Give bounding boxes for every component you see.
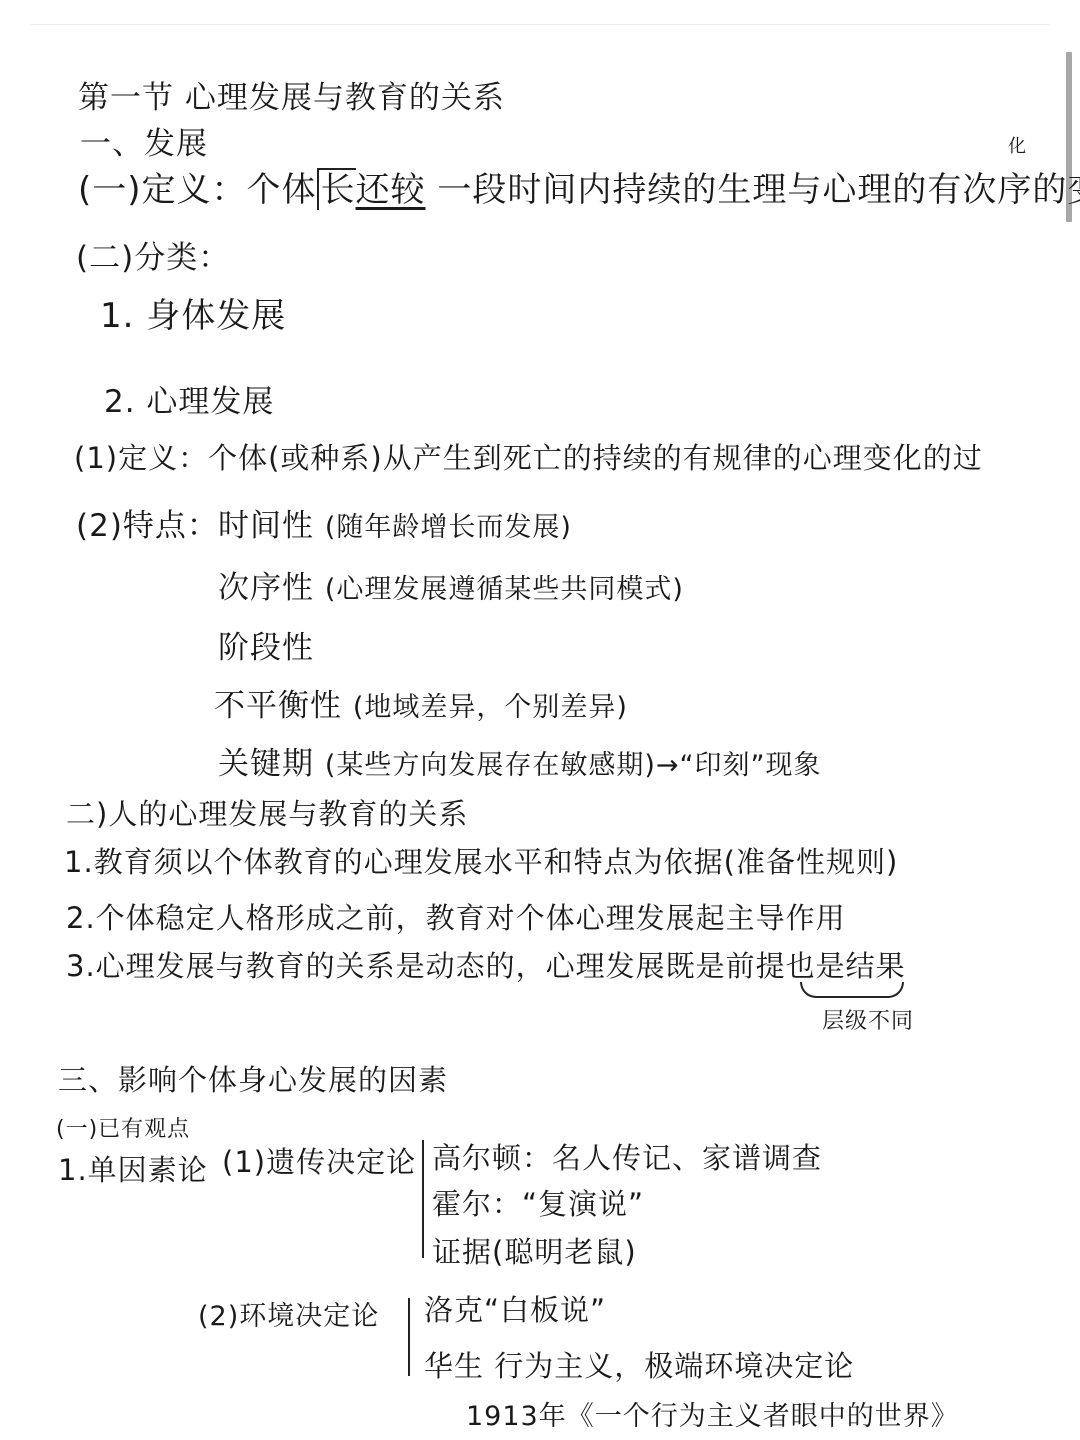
feature-name: 关键期	[218, 746, 314, 782]
classification-item: 1. 身体发展	[100, 288, 286, 337]
relation-item: 2.个体稳定人格形成之前，教育对个体心理发展起主导作用	[66, 896, 846, 937]
feature-name: 阶段性	[218, 630, 314, 666]
margin-annotation: 层级不同	[822, 1004, 914, 1035]
relation-item: 1.教育须以个体教育的心理发展水平和特点为依据(准备性规则)	[64, 840, 898, 881]
feature-note: (随年龄增长而发展)	[325, 512, 572, 543]
relation-item: 3.心理发展与教育的关系是动态的，心理发展既是前提也是结果	[66, 944, 906, 985]
superscript-correction: 化	[1008, 132, 1026, 158]
features-label: (2)特点：	[76, 500, 219, 545]
feature-note: (某些方向发展存在敏感期)→“印刻”现象	[325, 750, 822, 781]
section3-heading: 三、影响个体身心发展的因素	[58, 1058, 448, 1099]
heredity-item: 霍尔：“复演说”	[432, 1182, 644, 1223]
feature-name: 次序性	[218, 570, 314, 606]
single-factor-label: 1.单因素论	[58, 1148, 208, 1189]
classification-label: (二)分类：	[76, 232, 230, 277]
bracket-arrow-icon	[800, 982, 904, 998]
definition-label: (一)定义：	[78, 170, 247, 210]
viewer-top-divider	[30, 24, 1050, 25]
feature-note: (心理发展遵循某些共同模式)	[325, 574, 684, 605]
environment-item: 洛克“白板说”	[424, 1288, 606, 1329]
brace-icon	[408, 1298, 410, 1376]
definition-line: (一)定义：个体长还较 一段时间内持续的生理与心理的有次序的变	[78, 162, 1080, 211]
classification-item: 2. 心理发展	[104, 376, 274, 421]
definition-pre: 个体	[247, 170, 317, 210]
heredity-item: 高尔顿：名人传记、家谱调查	[432, 1136, 822, 1177]
page-title: 第一节 心理发展与教育的关系	[78, 72, 505, 117]
section2-heading: 二)人的心理发展与教育的关系	[66, 792, 468, 833]
environment-label: (2)环境决定论	[198, 1294, 379, 1333]
feature-item: 时间性 (随年龄增长而发展)	[218, 500, 572, 545]
brace-icon	[422, 1140, 424, 1258]
section3-subheading: (一)已有观点	[56, 1112, 190, 1143]
feature-item: 关键期 (某些方向发展存在敏感期)→“印刻”现象	[218, 738, 822, 783]
heredity-item: 证据(聪明老鼠)	[432, 1230, 637, 1271]
feature-name: 不平衡性	[214, 688, 342, 724]
feature-item: 阶段性	[218, 622, 314, 667]
environment-item: 华生 行为主义，极端环境决定论	[424, 1344, 854, 1385]
environment-item: 1913年《一个行为主义者眼中的世界》	[466, 1394, 959, 1433]
boxed-word: 长	[317, 168, 356, 210]
heredity-label: (1)遗传决定论	[222, 1140, 416, 1181]
underlined-word: 还较	[356, 170, 426, 210]
definition-rest: 一段时间内持续的生理与心理的有次序的变	[437, 170, 1080, 210]
feature-note: (地域差异，个别差异)	[353, 692, 628, 723]
feature-item: 不平衡性 (地域差异，个别差异)	[214, 680, 628, 725]
feature-item: 次序性 (心理发展遵循某些共同模式)	[218, 562, 684, 607]
section1-heading: 一、发展	[80, 118, 208, 163]
feature-name: 时间性	[218, 508, 314, 544]
psych-definition: (1)定义：个体(或种系)从产生到死亡的持续的有规律的心理变化的过	[74, 436, 983, 477]
